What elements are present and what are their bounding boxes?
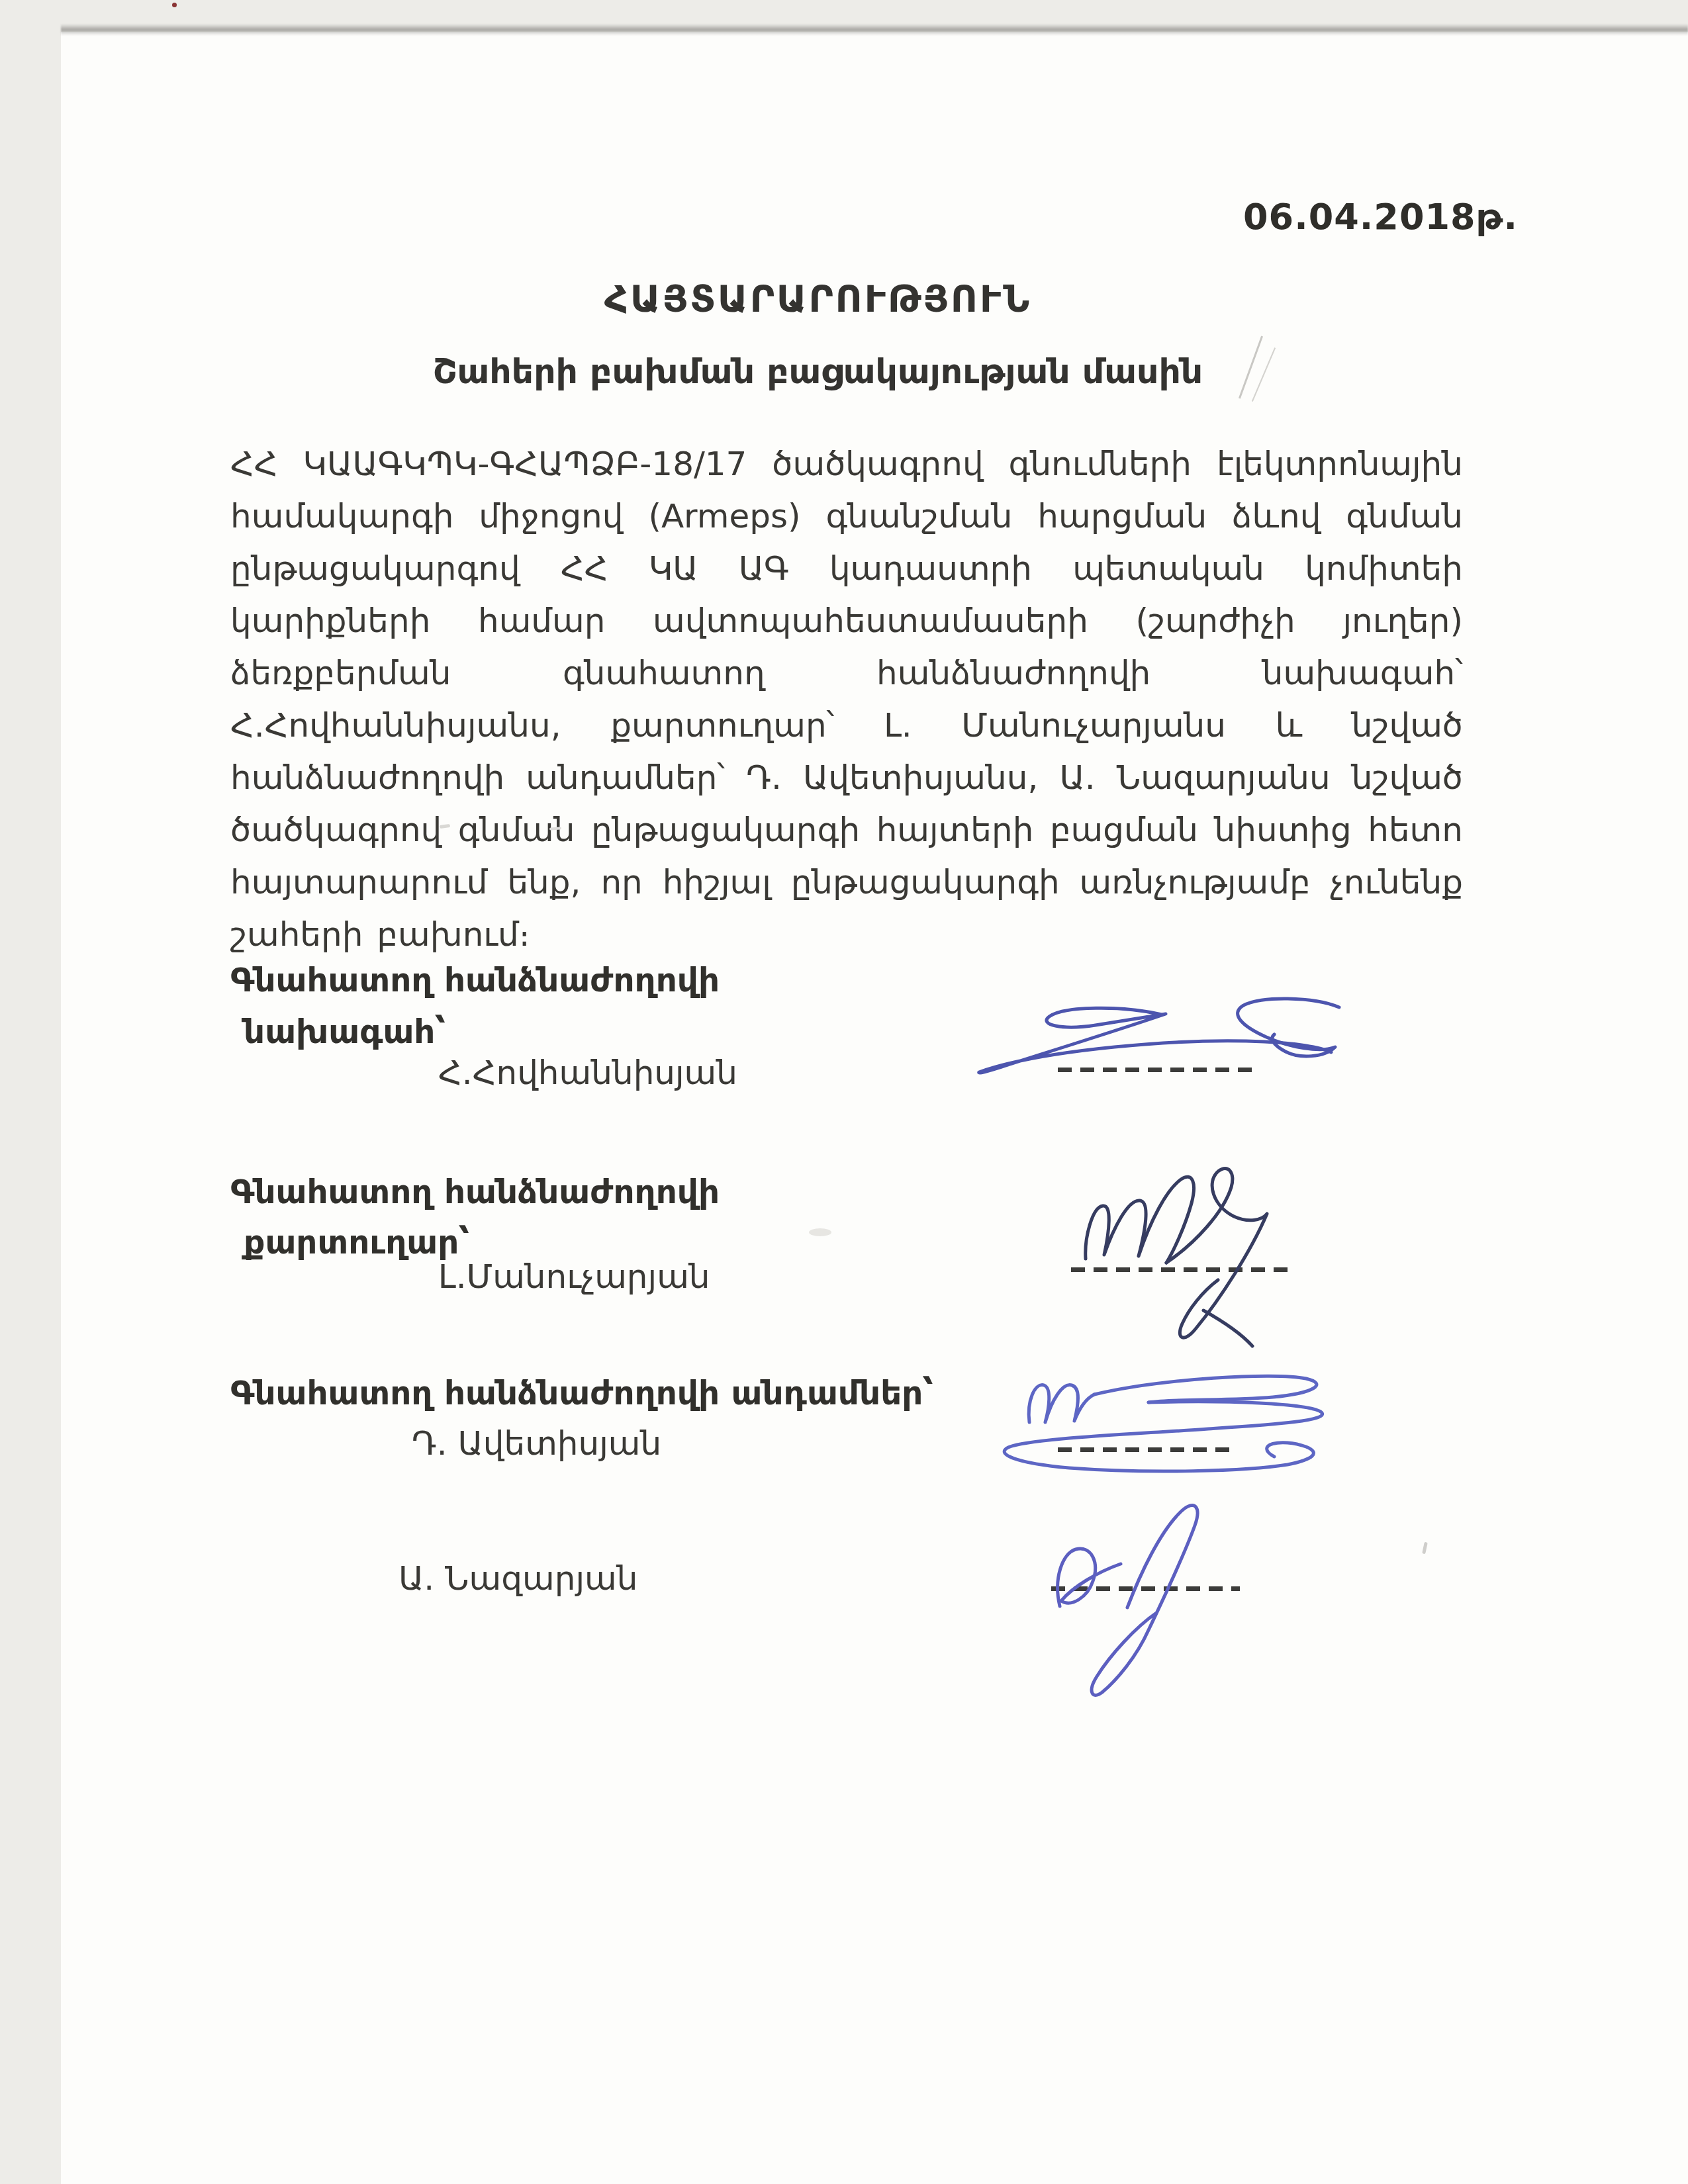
secretary-label-line2: քարտուղար՝: [244, 1223, 469, 1261]
member1-name: Դ. Ավետիսյան: [412, 1424, 661, 1463]
document-title: ՀԱՅՏԱՐԱՐՈՒԹՅՈՒՆ: [204, 278, 1432, 321]
secretary-label-line1: Գնահատող հանձնաժողովի: [230, 1173, 720, 1211]
member1-signature-ink: [990, 1360, 1347, 1499]
member2-signature-ink: [1029, 1499, 1228, 1698]
chairman-name: Հ.Հովհաննիսյան: [438, 1054, 737, 1092]
scan-artifact-red-dot: [172, 3, 177, 7]
chairman-label-line1: Գնահատող հանձնաժողովի: [230, 961, 720, 999]
secretary-signature-ink: [1066, 1138, 1317, 1357]
document-subtitle: Շահերի բախման բացակայության մասին: [204, 352, 1432, 392]
document-date: 06.04.2018թ.: [1243, 196, 1518, 238]
body-paragraph: ՀՀ ԿԱԱԳԿՊԿ-ԳՀԱՊՁԲ-18/17 ծածկագրով գնումն…: [230, 438, 1463, 961]
secretary-name: Լ.Մանուչարյան: [438, 1257, 710, 1296]
scanned-document-page: { "document": { "date": "06.04.2018թ.", …: [0, 0, 1688, 2184]
chairman-label-line2: նախագահ՝: [244, 1013, 445, 1051]
chairman-signature-ink: [963, 973, 1347, 1085]
members-header: Գնահատող հանձնաժողովի անդամներ՝: [230, 1374, 933, 1412]
scan-top-edge-shadow: [61, 24, 1688, 36]
member2-name: Ա. Նազարյան: [399, 1559, 637, 1598]
